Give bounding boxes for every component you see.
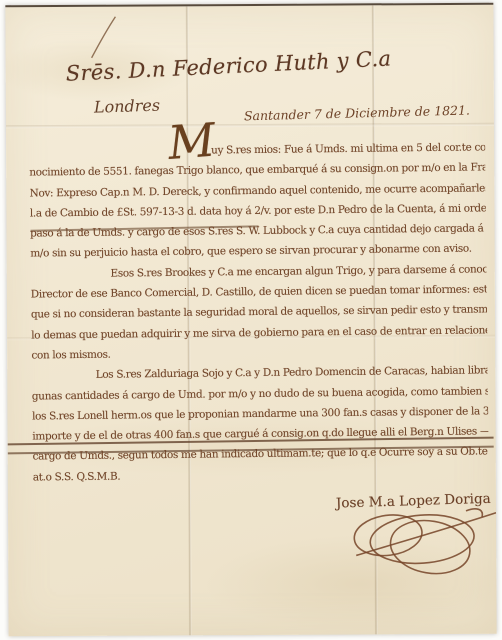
closing-line: at.o S.S. Q.S.M.B. xyxy=(33,462,489,487)
horizontal-fold-line-upper xyxy=(6,123,494,129)
recipient-city: Londres xyxy=(94,96,161,117)
signature-rubric-flourish xyxy=(326,503,497,582)
letter-paper: Srēs. D.n Federico Huth y C.a Londres Sa… xyxy=(5,3,496,637)
letter-photograph: Srēs. D.n Federico Huth y C.a Londres Sa… xyxy=(0,0,502,640)
pen-stroke-mark xyxy=(77,15,127,60)
dateline: Santander 7 de Diciembre de 1821. xyxy=(244,102,470,123)
letter-body: uy S.res mios: Fue á Umds. mi ultima en … xyxy=(29,137,489,487)
